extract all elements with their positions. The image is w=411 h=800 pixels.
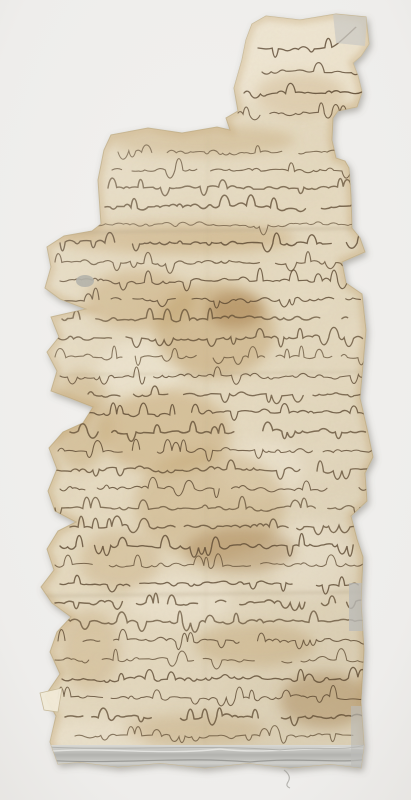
tape-patch <box>333 14 367 46</box>
gray-spot <box>76 275 94 287</box>
photo-stage <box>0 0 411 800</box>
manuscript-photo <box>0 0 411 800</box>
